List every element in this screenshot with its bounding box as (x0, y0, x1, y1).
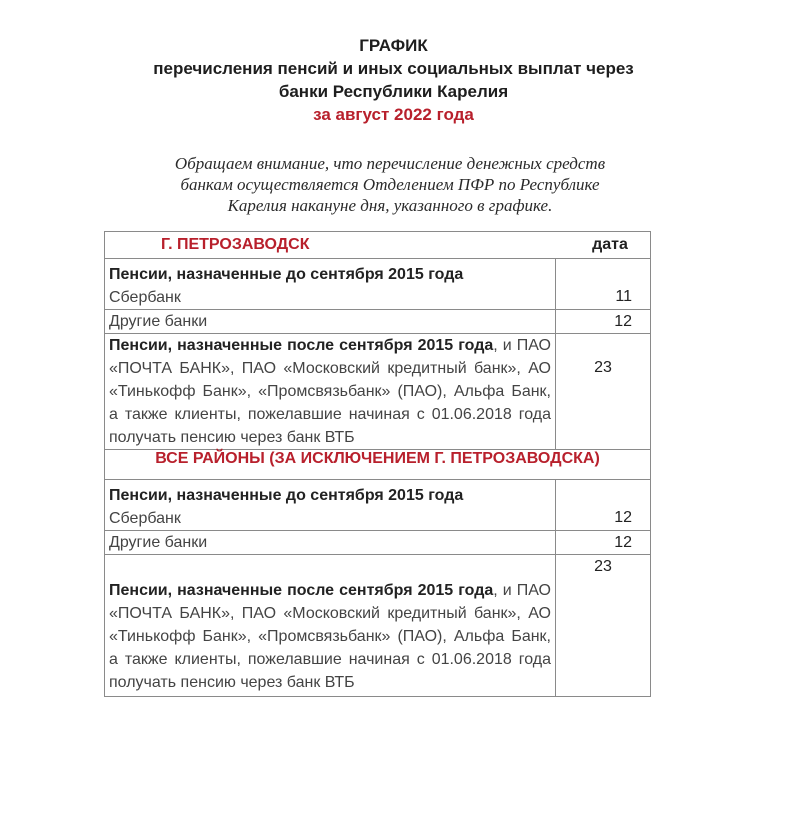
row-date: 23 (556, 334, 651, 450)
section-header-districts: ВСЕ РАЙОНЫ (ЗА ИСКЛЮЧЕНИЕМ Г. ПЕТРОЗАВОД… (105, 450, 651, 480)
note-line-2: банкам осуществляется Отделением ПФР по … (120, 174, 660, 195)
payment-schedule-table: Г. ПЕТРОЗАВОДСК дата Пенсии, назначенные… (104, 231, 651, 697)
section-title: Г. ПЕТРОЗАВОДСК (105, 236, 310, 254)
date-column-header: дата (574, 236, 646, 254)
table-row: Другие банки 12 (105, 531, 651, 555)
transfer-note: Обращаем внимание, что перечисление дене… (120, 153, 660, 216)
document-subtitle-line1: перечисления пенсий и иных социальных вы… (0, 57, 787, 80)
note-line-3: Карелия накануне дня, указанного в графи… (120, 195, 660, 216)
row-heading: Пенсии, назначенные после сентября 2015 … (109, 582, 493, 599)
document-title: ГРАФИК (0, 34, 787, 57)
row-label: Другие банки (109, 531, 551, 554)
row-heading: Пенсии, назначенные после сентября 2015 … (109, 337, 493, 354)
table-row: Пенсии, назначенные после сентября 2015 … (105, 334, 651, 450)
table-row: Пенсии, назначенные после сентября 2015 … (105, 555, 651, 697)
row-heading: Пенсии, назначенные до сентября 2015 год… (109, 263, 551, 286)
row-date: 12 (556, 310, 651, 334)
section-title: ВСЕ РАЙОНЫ (ЗА ИСКЛЮЧЕНИЕМ Г. ПЕТРОЗАВОД… (155, 450, 600, 467)
table-row: Пенсии, назначенные до сентября 2015 год… (105, 259, 651, 310)
document-header: ГРАФИК перечисления пенсий и иных социал… (0, 34, 787, 126)
row-label: Другие банки (109, 310, 551, 333)
table-row: Пенсии, назначенные до сентября 2015 год… (105, 480, 651, 531)
row-date: 11 (556, 259, 651, 310)
section-header-petrozavodsk: Г. ПЕТРОЗАВОДСК дата (105, 232, 651, 259)
row-label: Сбербанк (109, 507, 551, 530)
row-heading: Пенсии, назначенные до сентября 2015 год… (109, 484, 551, 507)
row-label: Сбербанк (109, 286, 551, 309)
row-date: 12 (556, 480, 651, 531)
document-subtitle-line2: банки Республики Карелия (0, 80, 787, 103)
table-row: Другие банки 12 (105, 310, 651, 334)
document-period: за август 2022 года (0, 103, 787, 126)
row-date: 23 (556, 555, 651, 697)
note-line-1: Обращаем внимание, что перечисление дене… (120, 153, 660, 174)
row-date: 12 (556, 531, 651, 555)
